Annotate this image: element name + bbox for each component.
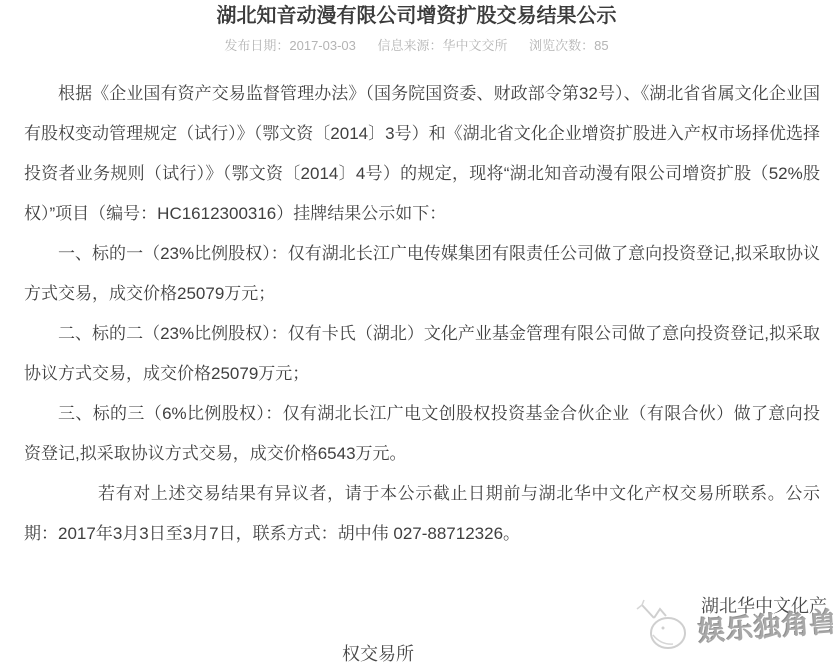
- meta-row: 发布日期：2017-03-03 信息来源：华中文交所 浏览次数：85: [0, 37, 833, 54]
- signature-line-2: 权交易所: [342, 640, 414, 663]
- paragraph-target-3: 三、标的三（6%比例股权）：仅有湖北长江广电文创股权投资基金合伙企业（有限合伙）…: [24, 394, 820, 474]
- publish-date: 发布日期：2017-03-03: [224, 37, 356, 54]
- watermark: 娱乐独角兽: [634, 599, 833, 660]
- announcement-body: 根据《企业国有资产交易监督管理办法》（国务院国资委、财政部令第32号）、《湖北省…: [24, 74, 820, 554]
- paragraph-basis: 根据《企业国有资产交易监督管理办法》（国务院国资委、财政部令第32号）、《湖北省…: [24, 74, 820, 234]
- unicorn-logo-icon: [634, 599, 698, 660]
- announcement-page: 湖北知音动漫有限公司增资扩股交易结果公示 发布日期：2017-03-03 信息来…: [0, 0, 833, 663]
- announcement-header: 湖北知音动漫有限公司增资扩股交易结果公示 发布日期：2017-03-03 信息来…: [0, 0, 833, 54]
- info-source: 信息来源：华中文交所: [378, 37, 508, 54]
- view-count: 浏览次数：85: [529, 37, 608, 54]
- paragraph-target-2: 二、标的二（23%比例股权）：仅有卡氏（湖北）文化产业基金管理有限公司做了意向投…: [24, 314, 820, 394]
- watermark-label: 娱乐独角兽: [697, 600, 833, 649]
- paragraph-contact: 若有对上述交易结果有异议者，请于本公示截止日期前与湖北华中文化产权交易所联系。公…: [24, 474, 820, 554]
- paragraph-target-1: 一、标的一（23%比例股权）：仅有湖北长江广电传媒集团有限责任公司做了意向投资登…: [24, 234, 820, 314]
- page-title: 湖北知音动漫有限公司增资扩股交易结果公示: [0, 3, 833, 29]
